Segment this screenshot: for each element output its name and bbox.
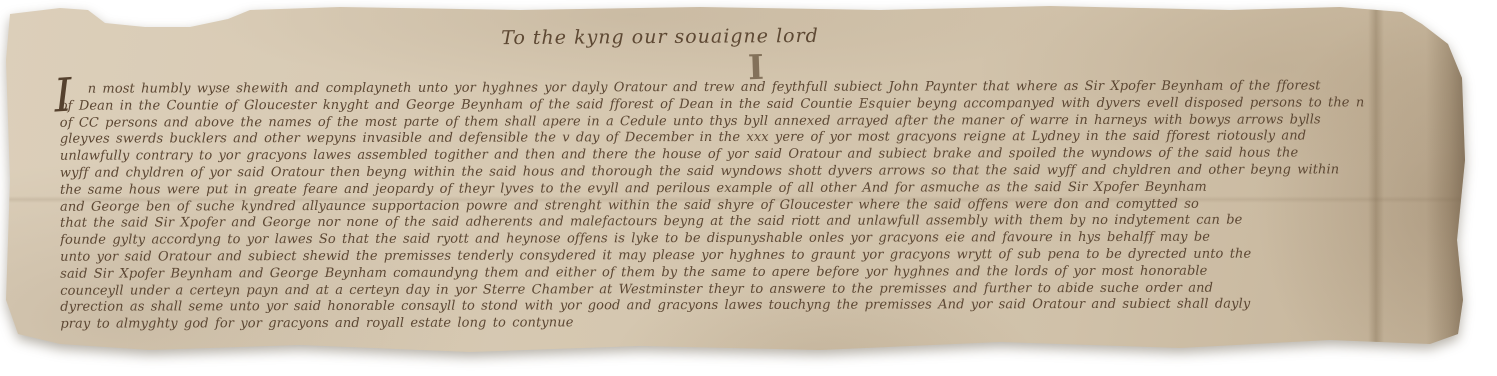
manuscript-scan: To the kyng our souaigne lord I I n most… xyxy=(0,0,1497,376)
vertical-crease xyxy=(1368,0,1384,376)
parchment: To the kyng our souaigne lord I I n most… xyxy=(0,0,1497,376)
right-fold-shading xyxy=(1426,0,1468,376)
parchment-wrap: To the kyng our souaigne lord I I n most… xyxy=(0,0,1497,376)
text-line: pray to almyghty god for yor gracyons an… xyxy=(60,313,1365,333)
body-text: n most humbly wyse shewith and complayne… xyxy=(60,78,1366,333)
drop-capital: I xyxy=(52,71,73,118)
address-heading: To the kyng our souaigne lord xyxy=(500,25,820,49)
